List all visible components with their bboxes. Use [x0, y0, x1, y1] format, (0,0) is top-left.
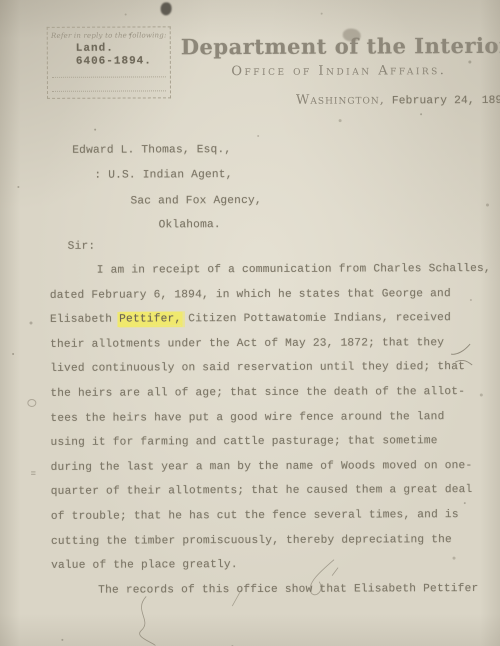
page-content: Refer in reply to the following: Land. 6…: [0, 0, 500, 646]
body-line: dated February 6, 1894, in which he stat…: [50, 282, 478, 308]
body-line: tees the heirs have put a good wire fenc…: [50, 405, 478, 431]
body-line: their allotments under the Act of May 23…: [50, 331, 478, 357]
body-text: Citizen Pottawatomie Indians, received: [181, 312, 451, 325]
margin-pencil-mark: =: [31, 469, 40, 479]
body-line: value of the place greatly.: [51, 552, 479, 578]
letter-body: I am in receipt of a communication from …: [50, 257, 479, 603]
body-line: The records of this office show that Eli…: [51, 577, 479, 603]
highlighted-term: Pettifer,: [119, 313, 181, 325]
paper-specks: [0, 1, 1, 3]
letterhead-place: Washington,: [296, 92, 385, 107]
body-line: using it for farming and cattle pasturag…: [50, 429, 478, 455]
letterhead-department-title: Department of the Interior,: [181, 33, 497, 59]
recipient-state-line: Oklahoma.: [159, 219, 221, 231]
body-line: quarter of their allotments; that he cau…: [51, 478, 479, 504]
stamp-fill-line: [52, 76, 166, 77]
salutation: Sir:: [68, 241, 96, 253]
body-line: during the last year a man by the name o…: [51, 454, 479, 480]
stamp-fill-line: [52, 90, 166, 91]
body-line: I am in receipt of a communication from …: [50, 257, 478, 283]
recipient-agency-line: Sac and Fox Agency,: [130, 195, 261, 208]
letterhead-office-subtitle: Office of Indian Affairs.: [181, 63, 497, 79]
stamp-file-class: Land.: [76, 43, 114, 55]
pen-check-mark: [448, 342, 476, 376]
body-line: lived continuously on said reservation u…: [50, 355, 478, 381]
recipient-name-line: Edward L. Thomas, Esq.,: [72, 144, 231, 157]
letterhead-date: February 24, 1894: [385, 95, 500, 108]
scanned-letter-page: Refer in reply to the following: Land. 6…: [0, 0, 500, 646]
reply-reference-stamp: Refer in reply to the following: Land. 6…: [47, 26, 171, 99]
letterhead-dateline: Washington, February 24, 1894: [296, 90, 500, 109]
margin-circle-mark: [27, 399, 36, 407]
body-text: Elisabeth: [50, 314, 119, 326]
stamp-refer-label: Refer in reply to the following:: [48, 31, 170, 40]
pen-tick-mark: [229, 588, 243, 608]
pen-loop-mark: [294, 558, 342, 602]
pencil-squiggle-bottom: [130, 594, 178, 646]
recipient-title-line: : U.S. Indian Agent,: [94, 169, 232, 182]
body-line: of trouble; that he has cut the fence se…: [51, 503, 479, 529]
body-line: Elisabeth Pettifer, Citizen Pottawatomie…: [50, 306, 478, 332]
body-line: the heirs are all of age; that since the…: [50, 380, 478, 406]
ink-smudge: [161, 2, 172, 15]
paper-stain: [343, 29, 361, 42]
stamp-file-number: 6406-1894.: [76, 55, 152, 67]
body-line: cutting the timber promiscuously, thereb…: [51, 528, 479, 554]
